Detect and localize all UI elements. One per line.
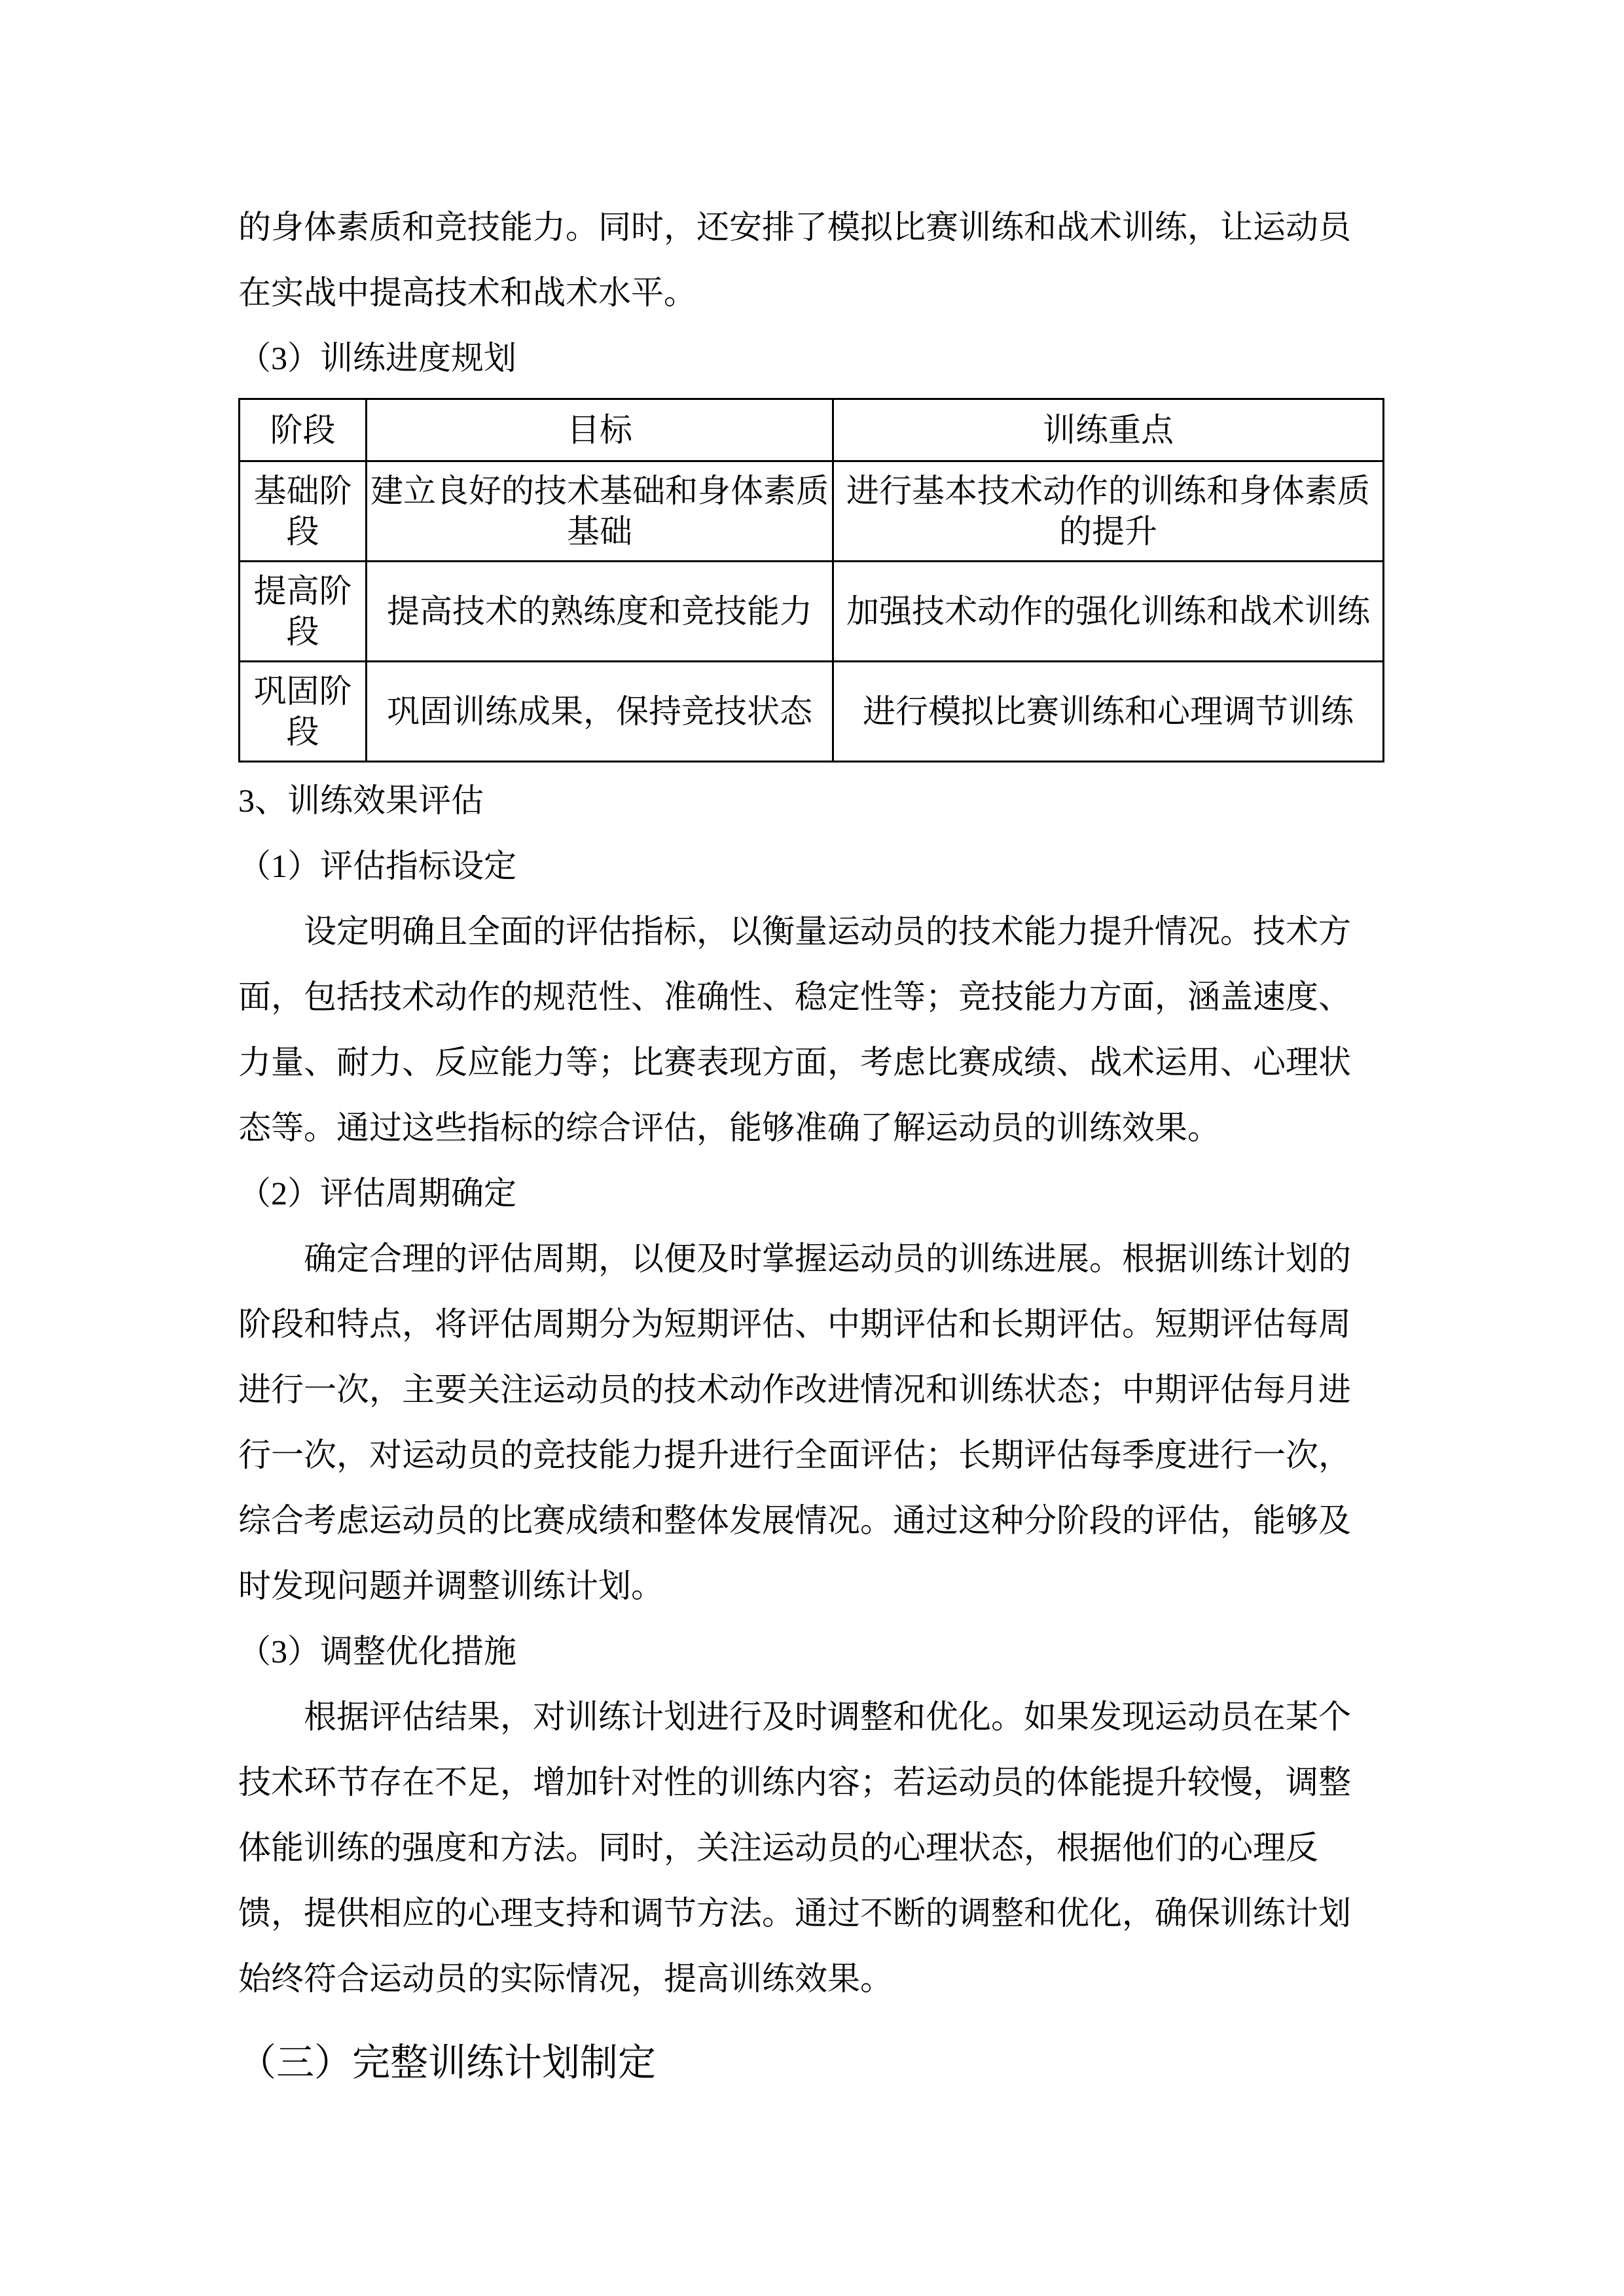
p3-line-3: 进行一次，主要关注运动员的技术动作改进情况和训练状态；中期评估每月进 <box>238 1357 1382 1422</box>
p2-line-3: 力量、耐力、反应能力等；比赛表现方面，考虑比赛成绩、战术运用、心理状 <box>238 1030 1382 1095</box>
table-header-goal: 目标 <box>367 399 833 461</box>
p3-line-5: 综合考虑运动员的比赛成绩和整体发展情况。通过这种分阶段的评估，能够及 <box>238 1488 1382 1553</box>
heading-adjustment-measures: （3）调整优化措施 <box>238 1619 1382 1684</box>
p3-line-6: 时发现问题并调整训练计划。 <box>238 1553 1382 1619</box>
p4-line-1: 根据评估结果，对训练计划进行及时调整和优化。如果发现运动员在某个 <box>238 1684 1382 1749</box>
table-header-stage: 阶段 <box>240 399 367 461</box>
p1-line-1: 的身体素质和竞技能力。同时，还安排了模拟比赛训练和战术训练，让运动员 <box>238 194 1382 260</box>
p4-line-5: 始终符合运动员的实际情况，提高训练效果。 <box>238 1946 1382 2011</box>
table-header-focus: 训练重点 <box>833 399 1384 461</box>
table-row: 巩固阶段 巩固训练成果，保持竞技状态 进行模拟比赛训练和心理调节训练 <box>240 662 1384 762</box>
heading-training-progress: （3）训练进度规划 <box>238 325 1382 391</box>
p3-line-2: 阶段和特点，将评估周期分为短期评估、中期评估和长期评估。短期评估每周 <box>238 1291 1382 1357</box>
p2-line-1: 设定明确且全面的评估指标，以衡量运动员的技术能力提升情况。技术方 <box>238 899 1382 964</box>
cell-stage: 巩固阶段 <box>240 662 367 762</box>
document-page: 的身体素质和竞技能力。同时，还安排了模拟比赛训练和战术训练，让运动员 在实战中提… <box>0 0 1624 2296</box>
cell-focus: 进行基本技术动作的训练和身体素质的提升 <box>833 461 1384 562</box>
heading-evaluation: 3、训练效果评估 <box>238 768 1382 833</box>
cell-goal: 巩固训练成果，保持竞技状态 <box>367 662 833 762</box>
table-row: 提高阶段 提高技术的熟练度和竞技能力 加强技术动作的强化训练和战术训练 <box>240 562 1384 662</box>
heading-evaluation-indicators: （1）评估指标设定 <box>238 833 1382 899</box>
heading-complete-training-plan: （三）完整训练计划制定 <box>238 2020 1382 2106</box>
cell-focus: 进行模拟比赛训练和心理调节训练 <box>833 662 1384 762</box>
cell-stage: 基础阶段 <box>240 461 367 562</box>
cell-stage: 提高阶段 <box>240 562 367 662</box>
heading-evaluation-cycle: （2）评估周期确定 <box>238 1160 1382 1226</box>
p4-line-4: 馈，提供相应的心理支持和调节方法。通过不断的调整和优化，确保训练计划 <box>238 1880 1382 1946</box>
p4-line-3: 体能训练的强度和方法。同时，关注运动员的心理状态，根据他们的心理反 <box>238 1815 1382 1880</box>
p1-line-2: 在实战中提高技术和战术水平。 <box>238 260 1382 325</box>
p3-line-1: 确定合理的评估周期，以便及时掌握运动员的训练进展。根据训练计划的 <box>238 1226 1382 1291</box>
p2-line-2: 面，包括技术动作的规范性、准确性、稳定性等；竞技能力方面，涵盖速度、 <box>238 964 1382 1030</box>
p4-line-2: 技术环节存在不足，增加针对性的训练内容；若运动员的体能提升较慢，调整 <box>238 1749 1382 1815</box>
document-content: 的身体素质和竞技能力。同时，还安排了模拟比赛训练和战术训练，让运动员 在实战中提… <box>238 194 1382 2106</box>
table-row: 基础阶段 建立良好的技术基础和身体素质基础 进行基本技术动作的训练和身体素质的提… <box>240 461 1384 562</box>
cell-goal: 提高技术的熟练度和竞技能力 <box>367 562 833 662</box>
cell-goal: 建立良好的技术基础和身体素质基础 <box>367 461 833 562</box>
p3-line-4: 行一次，对运动员的竞技能力提升进行全面评估；长期评估每季度进行一次， <box>238 1422 1382 1488</box>
table-header-row: 阶段 目标 训练重点 <box>240 399 1384 461</box>
p2-line-4: 态等。通过这些指标的综合评估，能够准确了解运动员的训练效果。 <box>238 1095 1382 1160</box>
training-progress-table: 阶段 目标 训练重点 基础阶段 建立良好的技术基础和身体素质基础 进行基本技术动… <box>238 398 1384 762</box>
cell-focus: 加强技术动作的强化训练和战术训练 <box>833 562 1384 662</box>
